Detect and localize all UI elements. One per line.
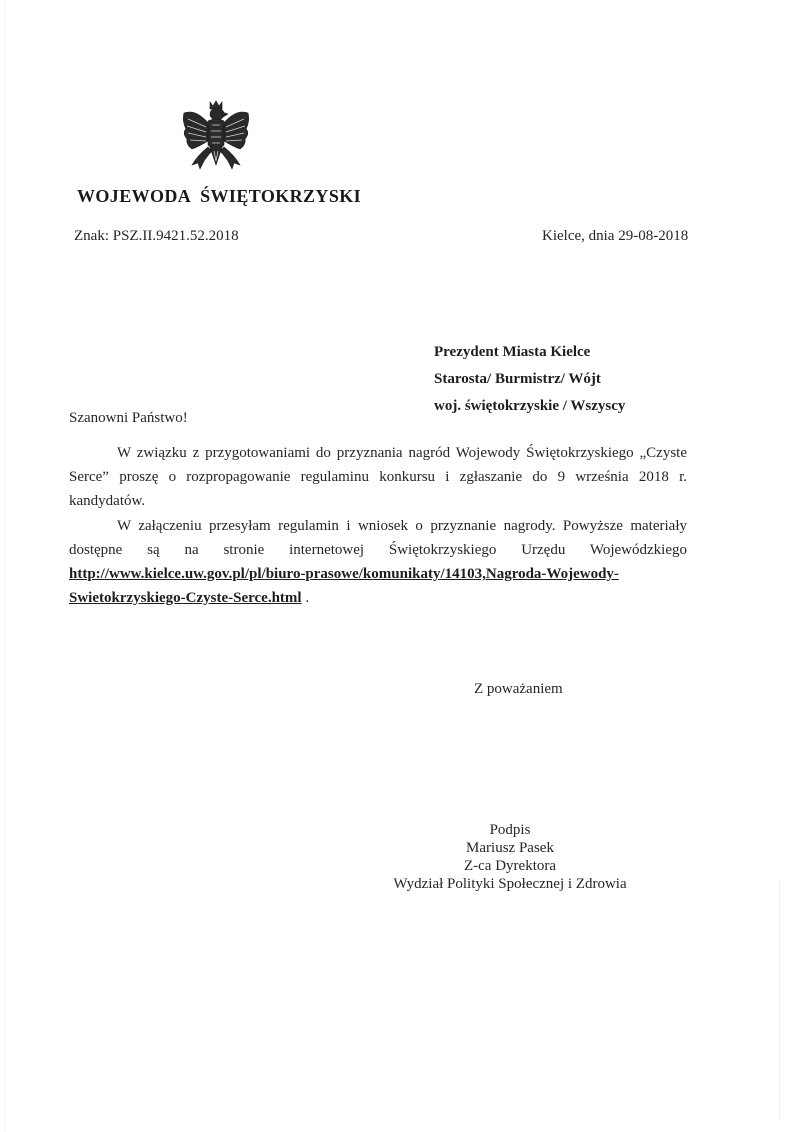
scan-edge <box>4 0 5 1132</box>
regulation-link[interactable]: http://www.kielce.uw.gov.pl/pl/biuro-pra… <box>69 566 619 606</box>
reference-number: Znak: PSZ.II.9421.52.2018 <box>74 228 239 245</box>
body-paragraph: W związku z przygotowaniami do przyznani… <box>69 441 687 513</box>
signature-label: Podpis <box>350 821 670 839</box>
recipients-block: Prezydent Miasta Kielce Starosta/ Burmis… <box>434 339 625 420</box>
eagle-emblem-icon <box>178 99 254 179</box>
signature-block: Podpis Mariusz Pasek Z-ca Dyrektora Wydz… <box>350 821 670 893</box>
scan-edge <box>779 880 780 1120</box>
issuer-title: WOJEWODA ŚWIĘTOKRZYSKI <box>77 186 361 207</box>
paragraph-text: W związku z przygotowaniami do przyznani… <box>69 445 687 509</box>
link-text-part[interactable]: Swietokrzyskiego-Czyste-Serce.html <box>69 590 302 606</box>
closing-phrase: Z poważaniem <box>474 681 563 698</box>
body-paragraph: W załączeniu przesyłam regulamin i wnios… <box>69 514 687 610</box>
paragraph-text: W załączeniu przesyłam regulamin i wnios… <box>69 518 687 558</box>
signatory-name: Mariusz Pasek <box>350 839 670 857</box>
recipient-line: Starosta/ Burmistrz/ Wójt <box>434 366 625 393</box>
place-and-date: Kielce, dnia 29-08-2018 <box>542 228 688 245</box>
recipient-line: Prezydent Miasta Kielce <box>434 339 625 366</box>
paragraph-end: . <box>302 590 310 606</box>
recipient-line: woj. świętokrzyskie / Wszyscy <box>434 393 625 420</box>
letter-page: WOJEWODA ŚWIĘTOKRZYSKI Znak: PSZ.II.9421… <box>0 0 800 1132</box>
salutation: Szanowni Państwo! <box>69 410 188 427</box>
signatory-department: Wydział Polityki Społecznej i Zdrowia <box>350 875 670 893</box>
signatory-position: Z-ca Dyrektora <box>350 857 670 875</box>
link-text-part[interactable]: http://www.kielce.uw.gov.pl/pl/biuro-pra… <box>69 566 619 582</box>
